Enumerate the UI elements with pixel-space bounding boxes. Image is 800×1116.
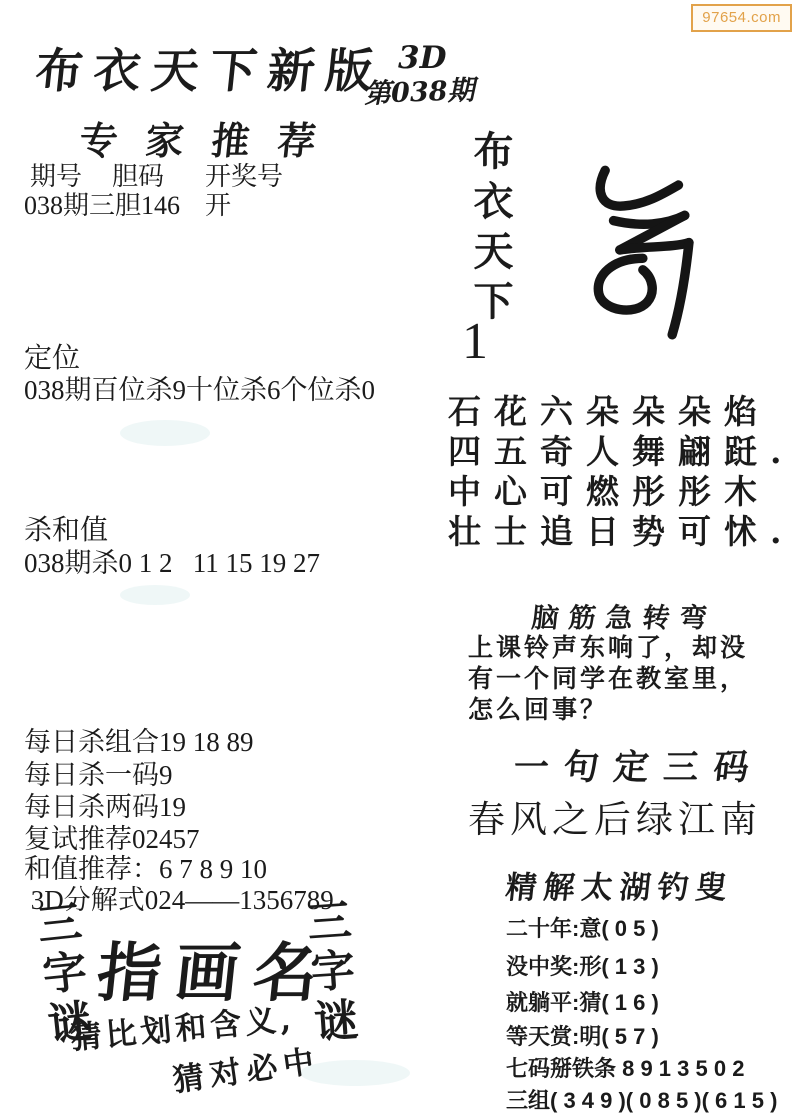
taihu-heading: 精解太湖钓叟 — [504, 862, 737, 907]
row-draw: 开 — [205, 185, 231, 222]
issue-label: 第038期 — [363, 68, 475, 111]
site-badge[interactable]: 97654.com — [691, 4, 792, 32]
taihu-line: 三组( 3 4 9 )( 0 8 5 )( 6 1 5 ) — [506, 1084, 777, 1115]
scan-smudge — [120, 420, 210, 446]
dingwei-line: 038期百位杀9十位杀6个位杀0 — [24, 368, 375, 407]
brand-number: 1 — [462, 312, 488, 371]
taihu-line: 没中奖:形( 1 3 ) — [506, 950, 659, 981]
row-issue-dan: 038期三胆146 — [24, 185, 180, 222]
newspaper-page: 97654.com 布衣天下新版 3D 第038期 专家推荐 期号 胆码 开奖号… — [0, 0, 800, 1116]
page-title: 布衣天下新版 — [32, 34, 387, 101]
taihu-line: 就躺平:猜( 1 6 ) — [506, 986, 659, 1017]
brand-vertical: 布衣天下 — [462, 130, 519, 330]
brainteaser-line: 怎么回事？ — [468, 690, 608, 726]
shahezhi-line: 038期杀0 1 2 11 15 19 27 — [24, 541, 320, 580]
taihu-line: 等天赏:明( 5 7 ) — [506, 1020, 659, 1051]
scan-smudge — [120, 585, 190, 605]
taihu-line: 二十年:意( 0 5 ) — [506, 912, 659, 943]
cursive-riddle-character-icon — [588, 162, 704, 340]
one-sentence-line: 春风之后绿江南 — [468, 789, 762, 843]
poem-line: 壮士追日势可怵. — [448, 506, 795, 553]
taihu-line: 七码掰铁条 8 9 1 3 5 0 2 — [506, 1052, 744, 1083]
one-sentence-heading: 一句定三码 — [511, 740, 766, 790]
